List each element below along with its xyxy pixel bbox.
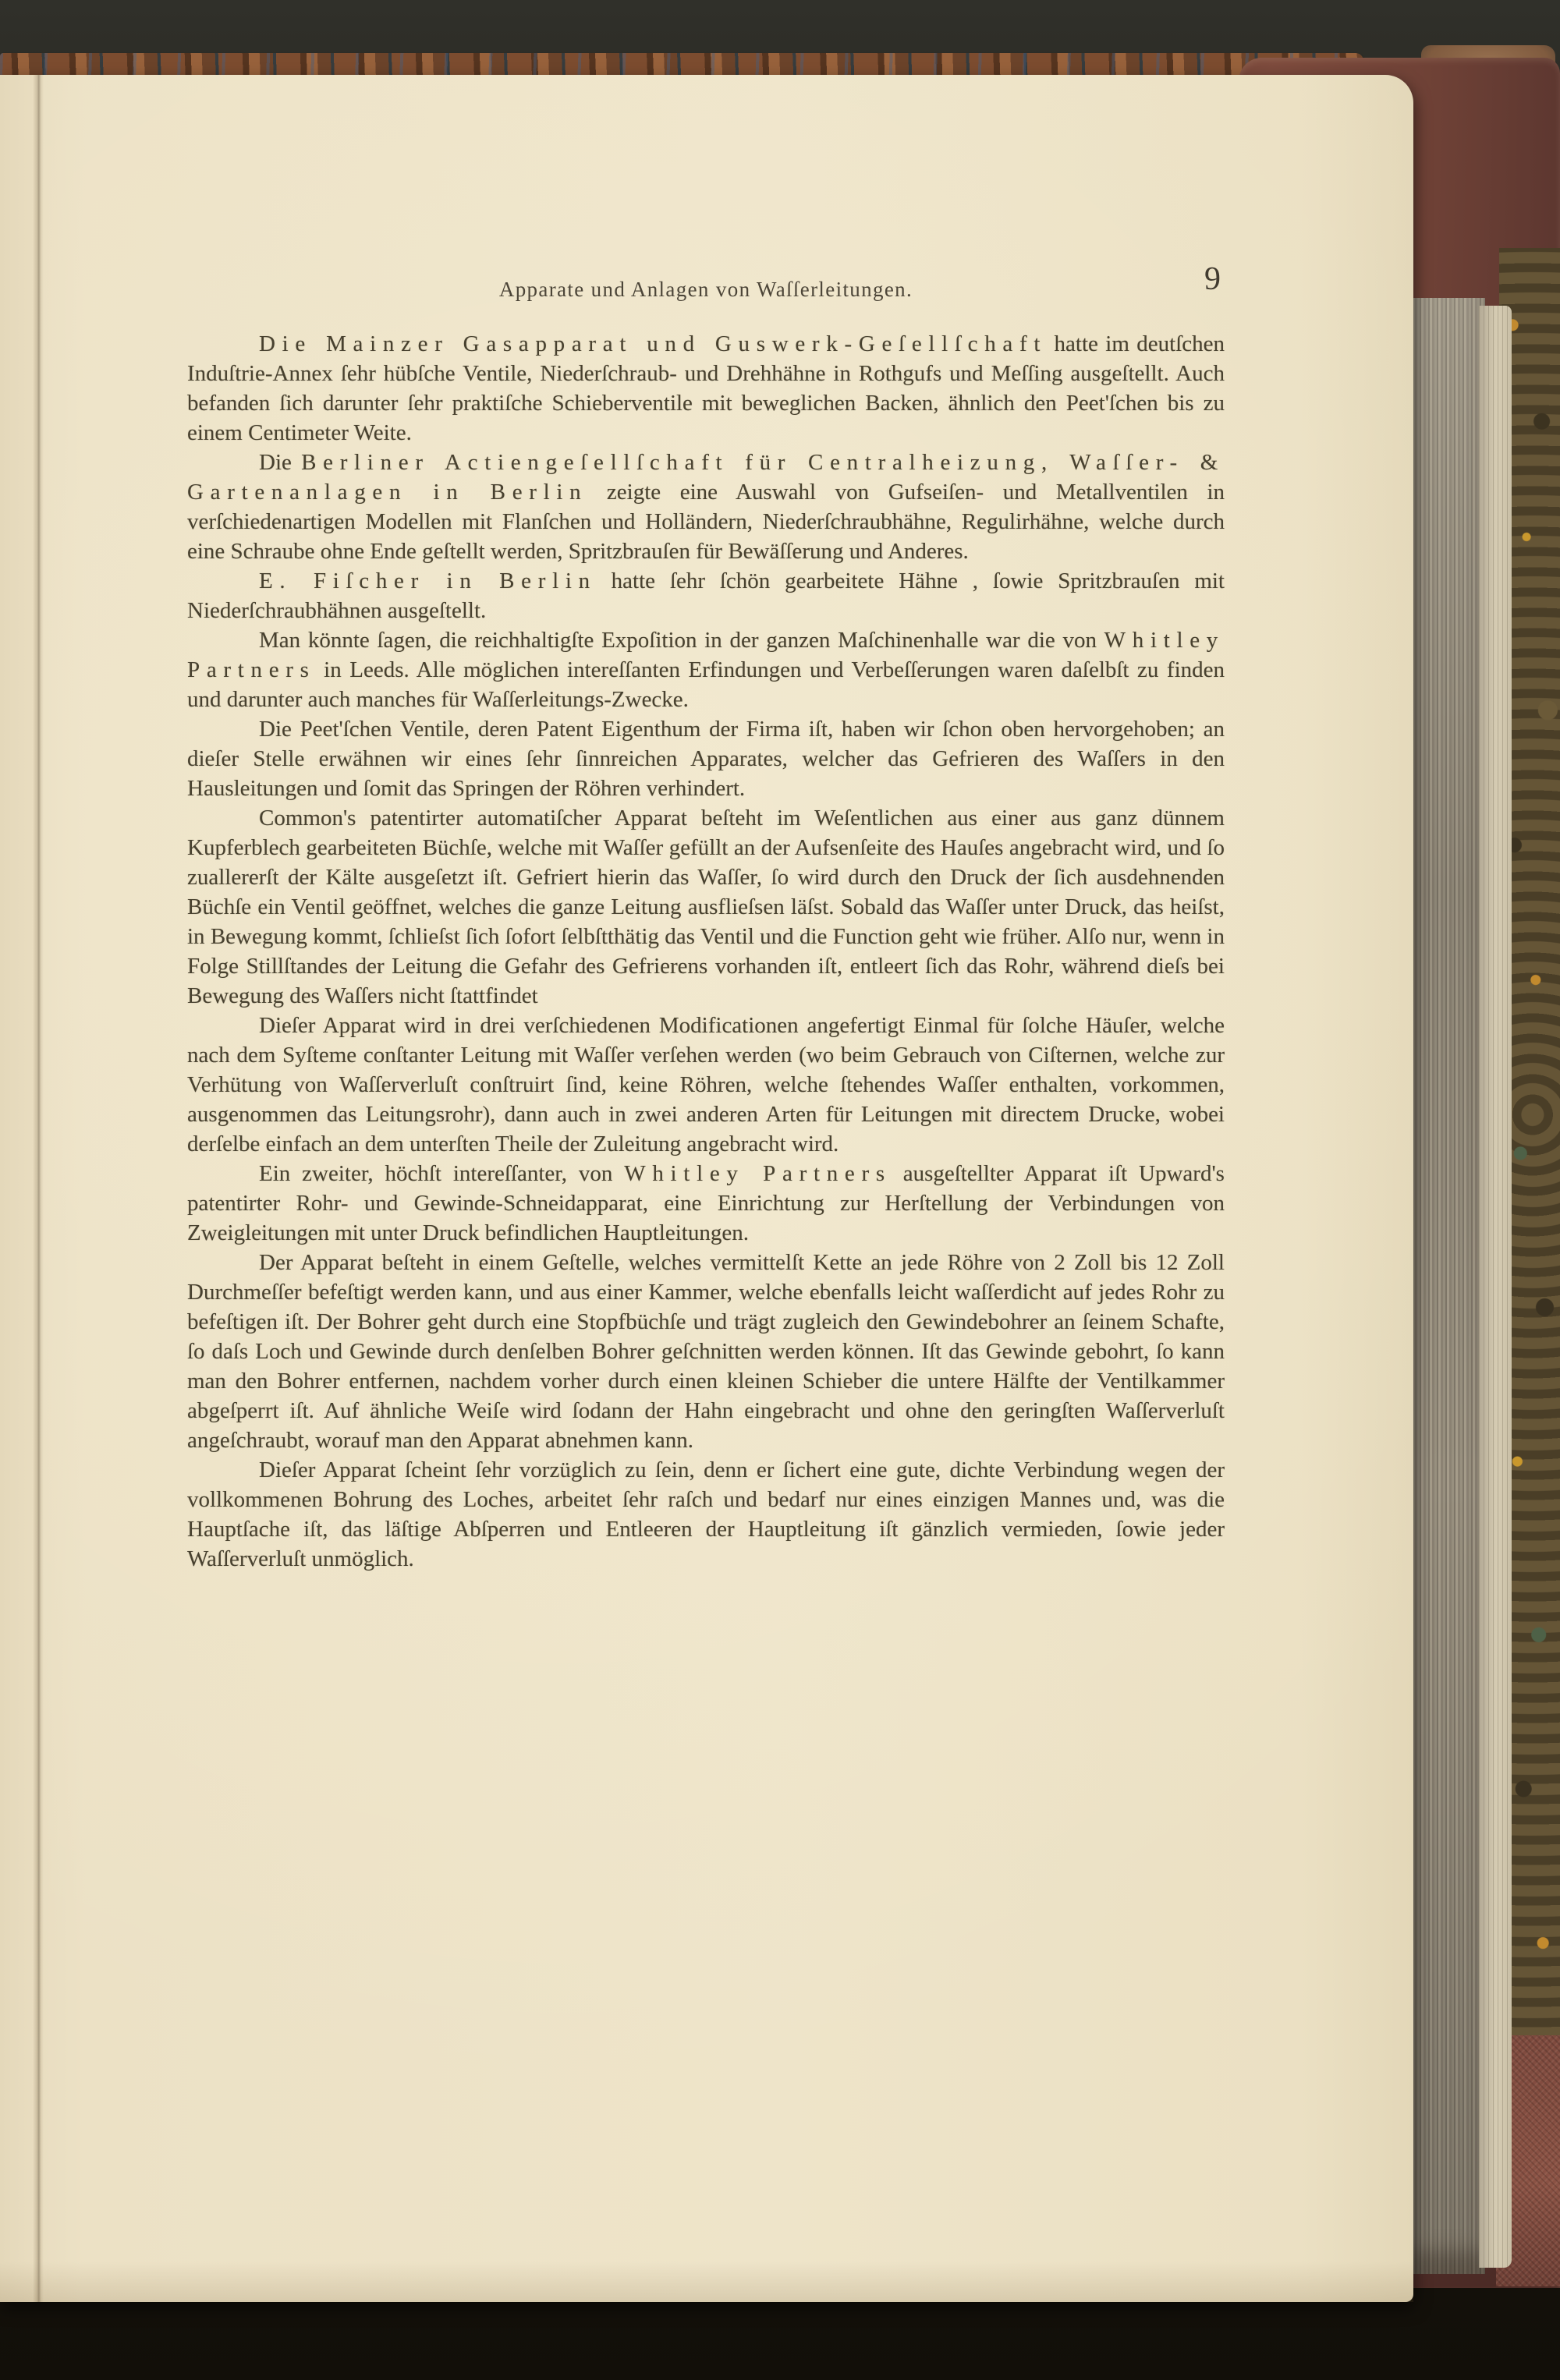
emphasized-text-run: E. Fiſcher in Berlin — [259, 568, 597, 593]
paragraph: Man könnte ſagen, die reichhaltigſte Exp… — [187, 625, 1225, 714]
emphasized-text-run: Die Mainzer Gasapparat und Guswerk-Geſel… — [259, 331, 1047, 356]
paragraph: E. Fiſcher in Berlin hatte ſehr ſchön ge… — [187, 566, 1225, 625]
paragraph: Dieſer Apparat ſcheint ſehr vorzüglich z… — [187, 1455, 1225, 1574]
running-head-title: Apparate und Anlagen von Waſſerleitungen… — [187, 278, 1225, 302]
book-scan-scene: Apparate und Anlagen von Waſſerleitungen… — [0, 0, 1560, 2380]
paragraph: Die Berliner Actiengeſellſchaft für Cent… — [187, 448, 1225, 566]
text-run: Dieſer Apparat wird in drei verſchiedene… — [187, 1013, 1225, 1156]
paragraph: Ein zweiter, höchſt intereſſanter, von W… — [187, 1159, 1225, 1248]
page-bottom-shade — [0, 2261, 1413, 2302]
text-run: Ein zweiter, höchſt intereſſanter, von — [259, 1161, 624, 1186]
text-run: Man könnte ſagen, die reichhaltigſte Exp… — [259, 628, 1104, 653]
paragraph: Dieſer Apparat wird in drei verſchiedene… — [187, 1011, 1225, 1159]
emphasized-text-run: Whitley Partners — [624, 1161, 892, 1186]
text-run: Common's patentirter automatiſcher Appar… — [187, 806, 1225, 1008]
paragraph: Die Peet'ſchen Ventile, deren Patent Eig… — [187, 714, 1225, 803]
text-run: Die Peet'ſchen Ventile, deren Patent Eig… — [187, 717, 1225, 801]
text-run: Dieſer Apparat ſcheint ſehr vorzüglich z… — [187, 1457, 1225, 1571]
paragraph: Der Apparat beſteht in einem Geſtelle, w… — [187, 1248, 1225, 1455]
text-run: Der Apparat beſteht in einem Geſtelle, w… — [187, 1250, 1225, 1453]
fore-edge-page-stack — [1409, 298, 1485, 2274]
text-run: in Leeds. Alle möglichen intereſſanten E… — [187, 657, 1225, 712]
paragraph: Common's patentirter automatiſcher Appar… — [187, 803, 1225, 1011]
gutter-page-edge — [0, 75, 36, 2302]
paragraph: Die Mainzer Gasapparat und Guswerk-Geſel… — [187, 329, 1225, 448]
gutter-crease — [33, 75, 44, 2302]
fore-edge-outer-pages — [1479, 306, 1512, 2268]
text-block: Die Mainzer Gasapparat und Guswerk-Geſel… — [187, 329, 1225, 1574]
text-run: Die — [259, 450, 301, 475]
page-number: 9 — [1204, 260, 1221, 298]
